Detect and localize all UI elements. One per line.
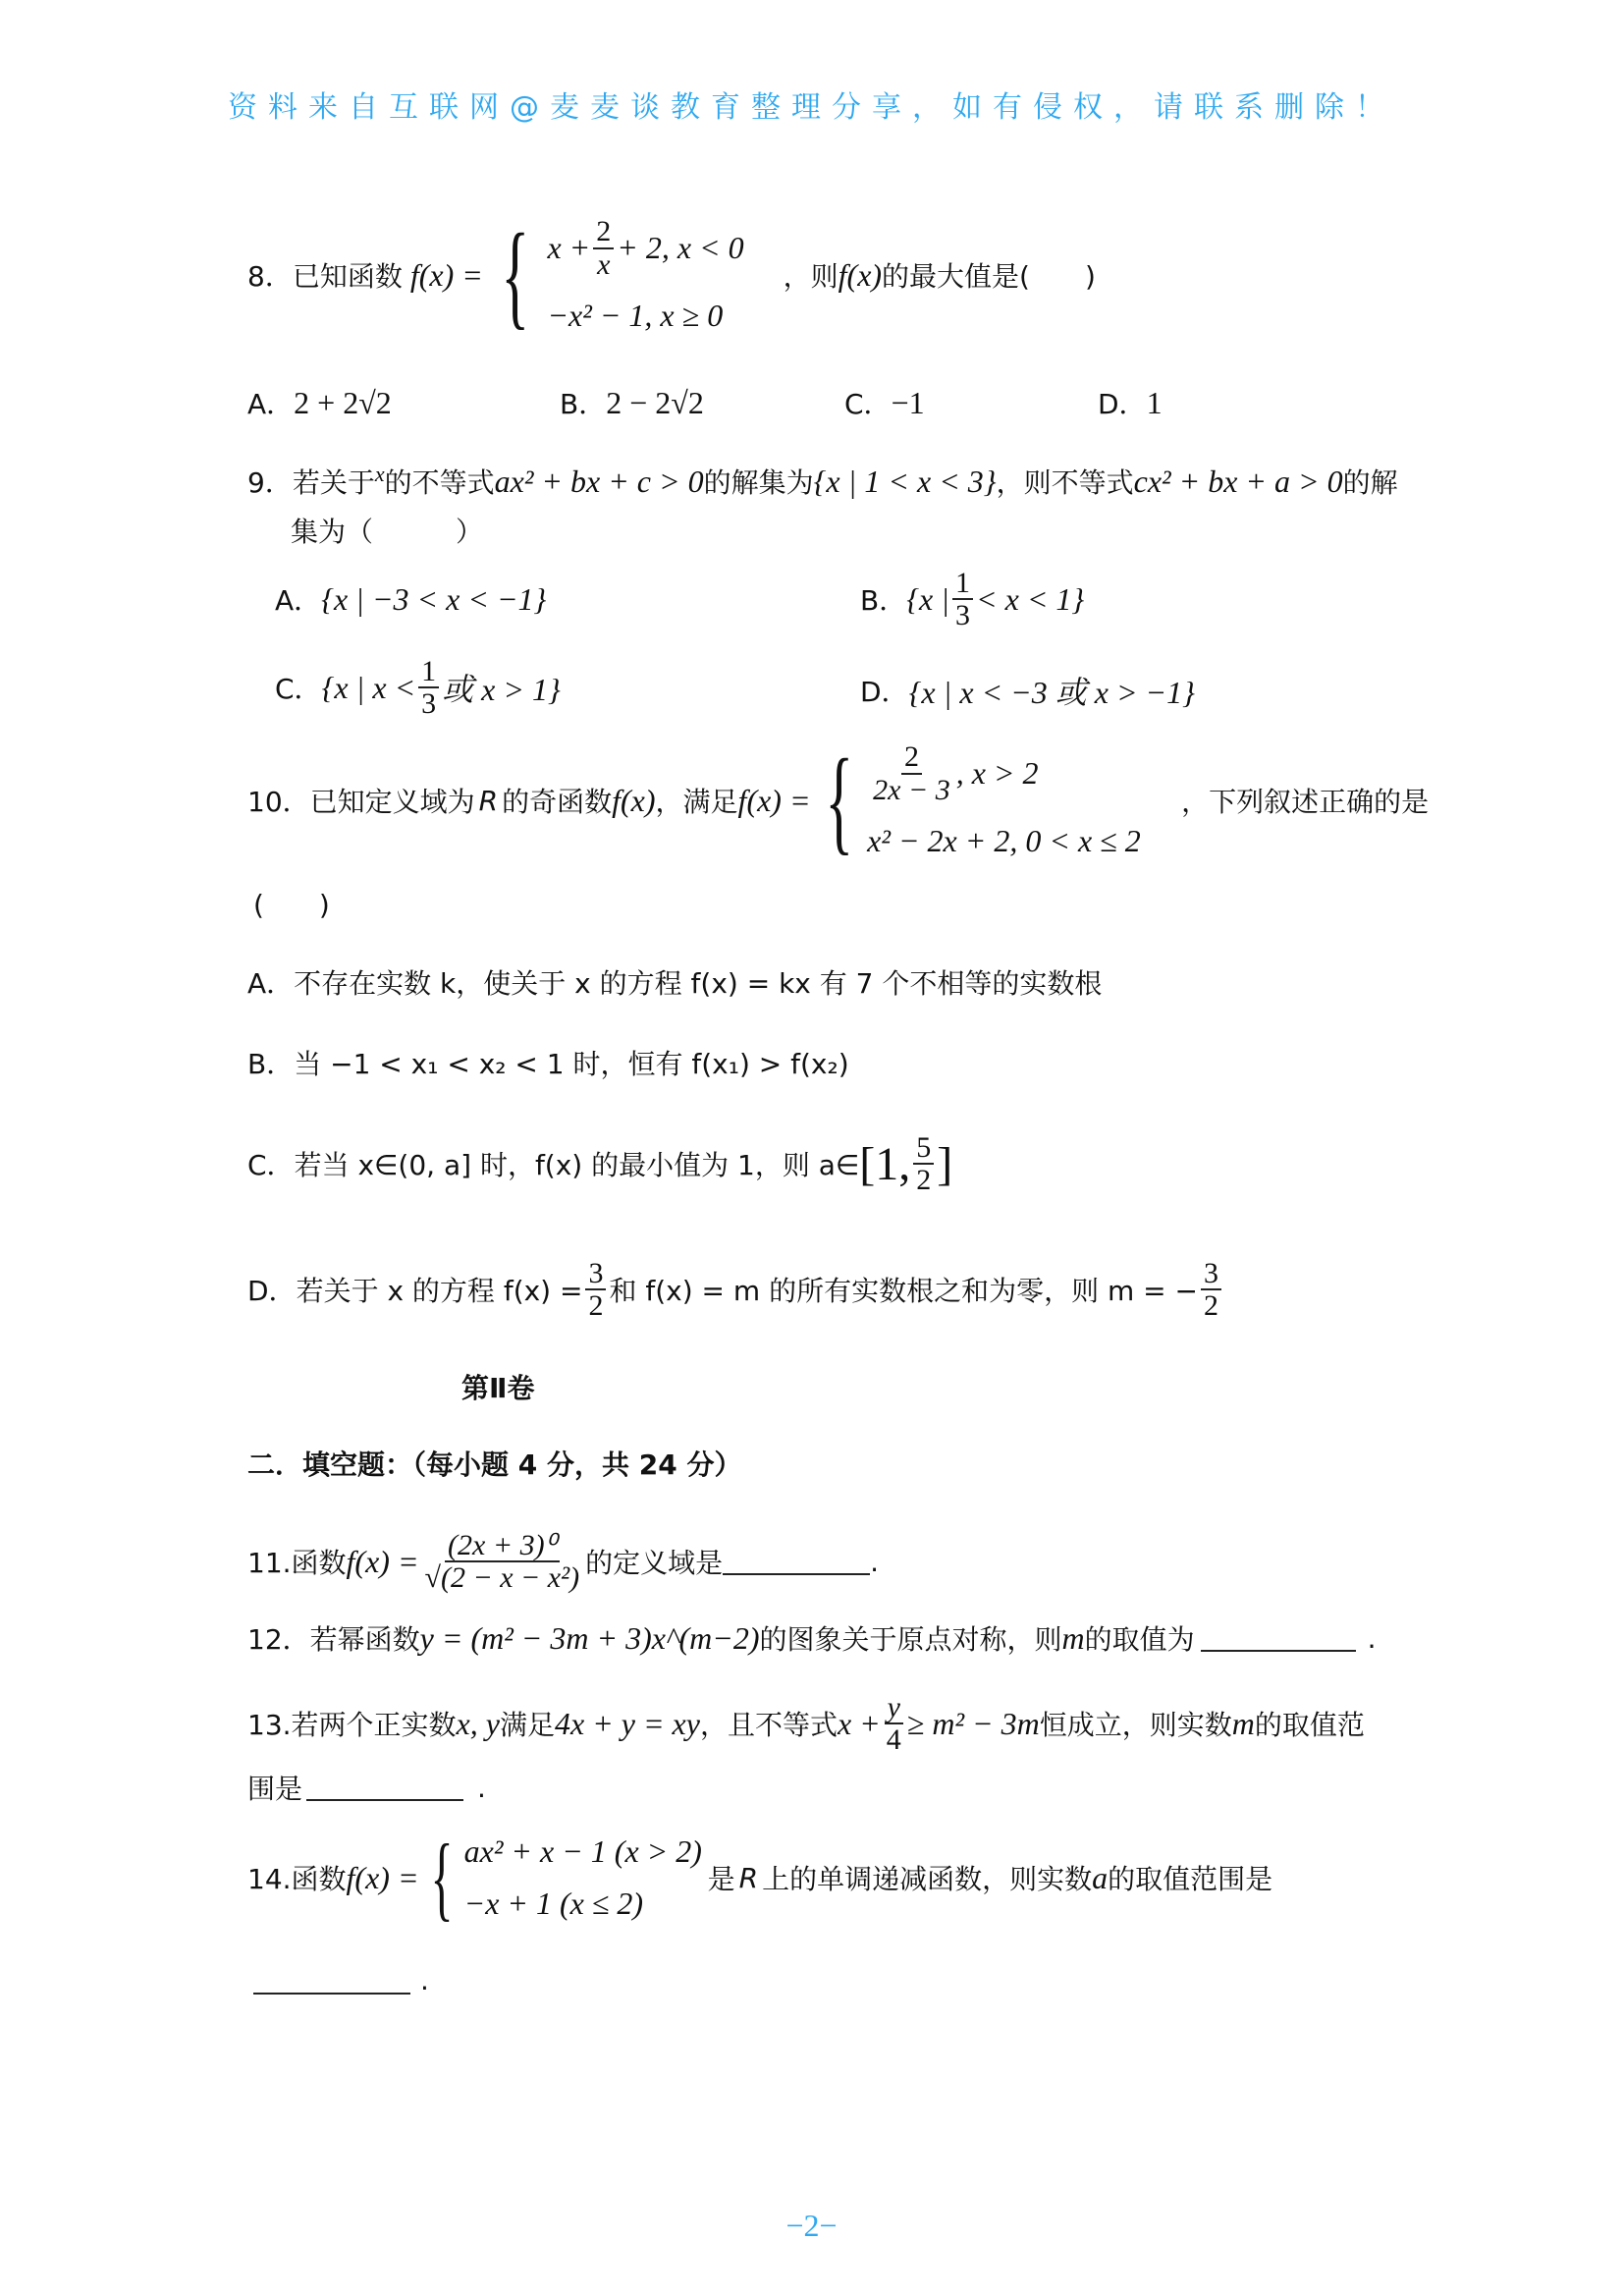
q8-case1: x + 2x + 2, x < 0 xyxy=(547,216,743,280)
q14-brace: { xyxy=(430,1831,453,1925)
question-8: 8．已知函数 f(x) = { x + 2x + 2, x < 0 −x² − … xyxy=(247,206,1096,344)
q10-option-c[interactable]: C． 若当 x∈(0, a] 时，f(x) 的最小值为 1，则 a∈ [1, 5… xyxy=(247,1120,952,1208)
q8-option-d[interactable]: D．1 xyxy=(1098,383,1163,422)
q14-answer-blank[interactable] xyxy=(253,1967,410,1995)
q14-case2: −x + 1 (x ≤ 2) xyxy=(464,1886,700,1922)
q9-inequality-2: cx² + bx + a > 0 xyxy=(1134,464,1343,500)
q9-option-b[interactable]: B． {x | 13 < x < 1} xyxy=(860,560,1084,638)
section-heading: 二．填空题：（每小题 4 分，共 24 分） xyxy=(247,1444,741,1483)
q10-answer-paren: ( ) xyxy=(253,884,330,923)
q9-solution-set: {x | 1 < x < 3} xyxy=(814,464,997,500)
q10-case2: x² − 2x + 2, 0 < x ≤ 2 xyxy=(867,823,1162,859)
q9-option-c[interactable]: C． {x | x < 13 或 x > 1} xyxy=(275,648,561,727)
q11-fraction: (2x + 3)⁰√(2 − x − x²) xyxy=(422,1530,583,1594)
q12-answer-blank[interactable] xyxy=(1201,1624,1356,1652)
page-number: −2− xyxy=(0,2208,1623,2244)
q10-option-b[interactable]: B．当 −1 < x₁ < x₂ < 1 时，恒有 f(x₁) > f(x₂) xyxy=(247,1043,849,1082)
question-13-line-2: 围是 . xyxy=(247,1768,486,1807)
q14-cases: ax² + x − 1 (x > 2) −x + 1 (x ≤ 2) xyxy=(464,1833,700,1922)
q8-fx: f(x) = xyxy=(410,257,483,294)
q8-option-b[interactable]: B．2 − 2√2 xyxy=(560,383,704,422)
volume-heading: 第Ⅱ卷 xyxy=(461,1367,534,1406)
q8-prefix: 8．已知函数 xyxy=(247,255,403,295)
q14-case1: ax² + x − 1 (x > 2) xyxy=(464,1833,700,1870)
question-10: 10．已知定义域为 R 的奇函数 f(x) ，满足 f(x) = { 22x −… xyxy=(247,737,1429,864)
q8-suffix-a: ，则 xyxy=(784,255,839,295)
q10-brace: { xyxy=(825,741,853,859)
question-13: 13.若两个正实数 x, y 满足 4x + y = xy ，且不等式 x + … xyxy=(247,1679,1365,1768)
q8-case2: −x² − 1, x ≥ 0 xyxy=(547,298,743,334)
question-12: 12．若幂函数 y = (m² − 3m + 3)x^(m−2) 的图象关于原点… xyxy=(247,1618,1377,1658)
q10-cases: 22x − 3 , x > 2 x² − 2x + 2, 0 < x ≤ 2 xyxy=(867,741,1162,859)
watermark-text: 资料来自互联网@麦麦谈教育整理分享，如有侵权，请联系删除！ xyxy=(0,82,1623,126)
q10-option-d[interactable]: D． 若关于 x 的方程 f(x) = 32 和 f(x) = m 的所有实数根… xyxy=(247,1245,1224,1334)
question-11: 11.函数 f(x) = (2x + 3)⁰√(2 − x − x²) 的定义域… xyxy=(247,1512,879,1611)
question-9-line-2: 集为（ ） xyxy=(291,511,483,550)
q9-option-d[interactable]: D．{x | x < −3 或 x > −1} xyxy=(860,668,1195,713)
question-14: 14.函数 f(x) = { ax² + x − 1 (x > 2) −x + … xyxy=(247,1829,1272,1927)
q8-brace: { xyxy=(501,216,529,334)
q9-inequality-1: ax² + bx + c > 0 xyxy=(495,464,704,500)
q8-option-c[interactable]: C．−1 xyxy=(844,383,925,422)
q8-cases: x + 2x + 2, x < 0 −x² − 1, x ≥ 0 xyxy=(547,216,743,334)
q10-case1: 22x − 3 , x > 2 xyxy=(867,741,1162,805)
q10-option-a[interactable]: A．不存在实数 k，使关于 x 的方程 f(x) = kx 有 7 个不相等的实… xyxy=(247,962,1102,1002)
q11-answer-blank[interactable] xyxy=(723,1548,870,1575)
q8-suffix-fx: f(x) xyxy=(839,257,882,294)
q8-suffix-b: 的最大值是( ) xyxy=(882,255,1096,295)
q8-case1-fraction: 2x xyxy=(593,216,614,280)
question-14-line-2: . xyxy=(253,1964,429,1996)
question-9-line-1: 9．若关于 x 的不等式 ax² + bx + c > 0 的解集为 {x | … xyxy=(247,462,1398,501)
q13-answer-blank[interactable] xyxy=(306,1774,463,1801)
q8-option-a[interactable]: A．2 + 2√2 xyxy=(247,383,392,422)
q9-option-a[interactable]: A．{x | −3 < x < −1} xyxy=(275,579,546,619)
